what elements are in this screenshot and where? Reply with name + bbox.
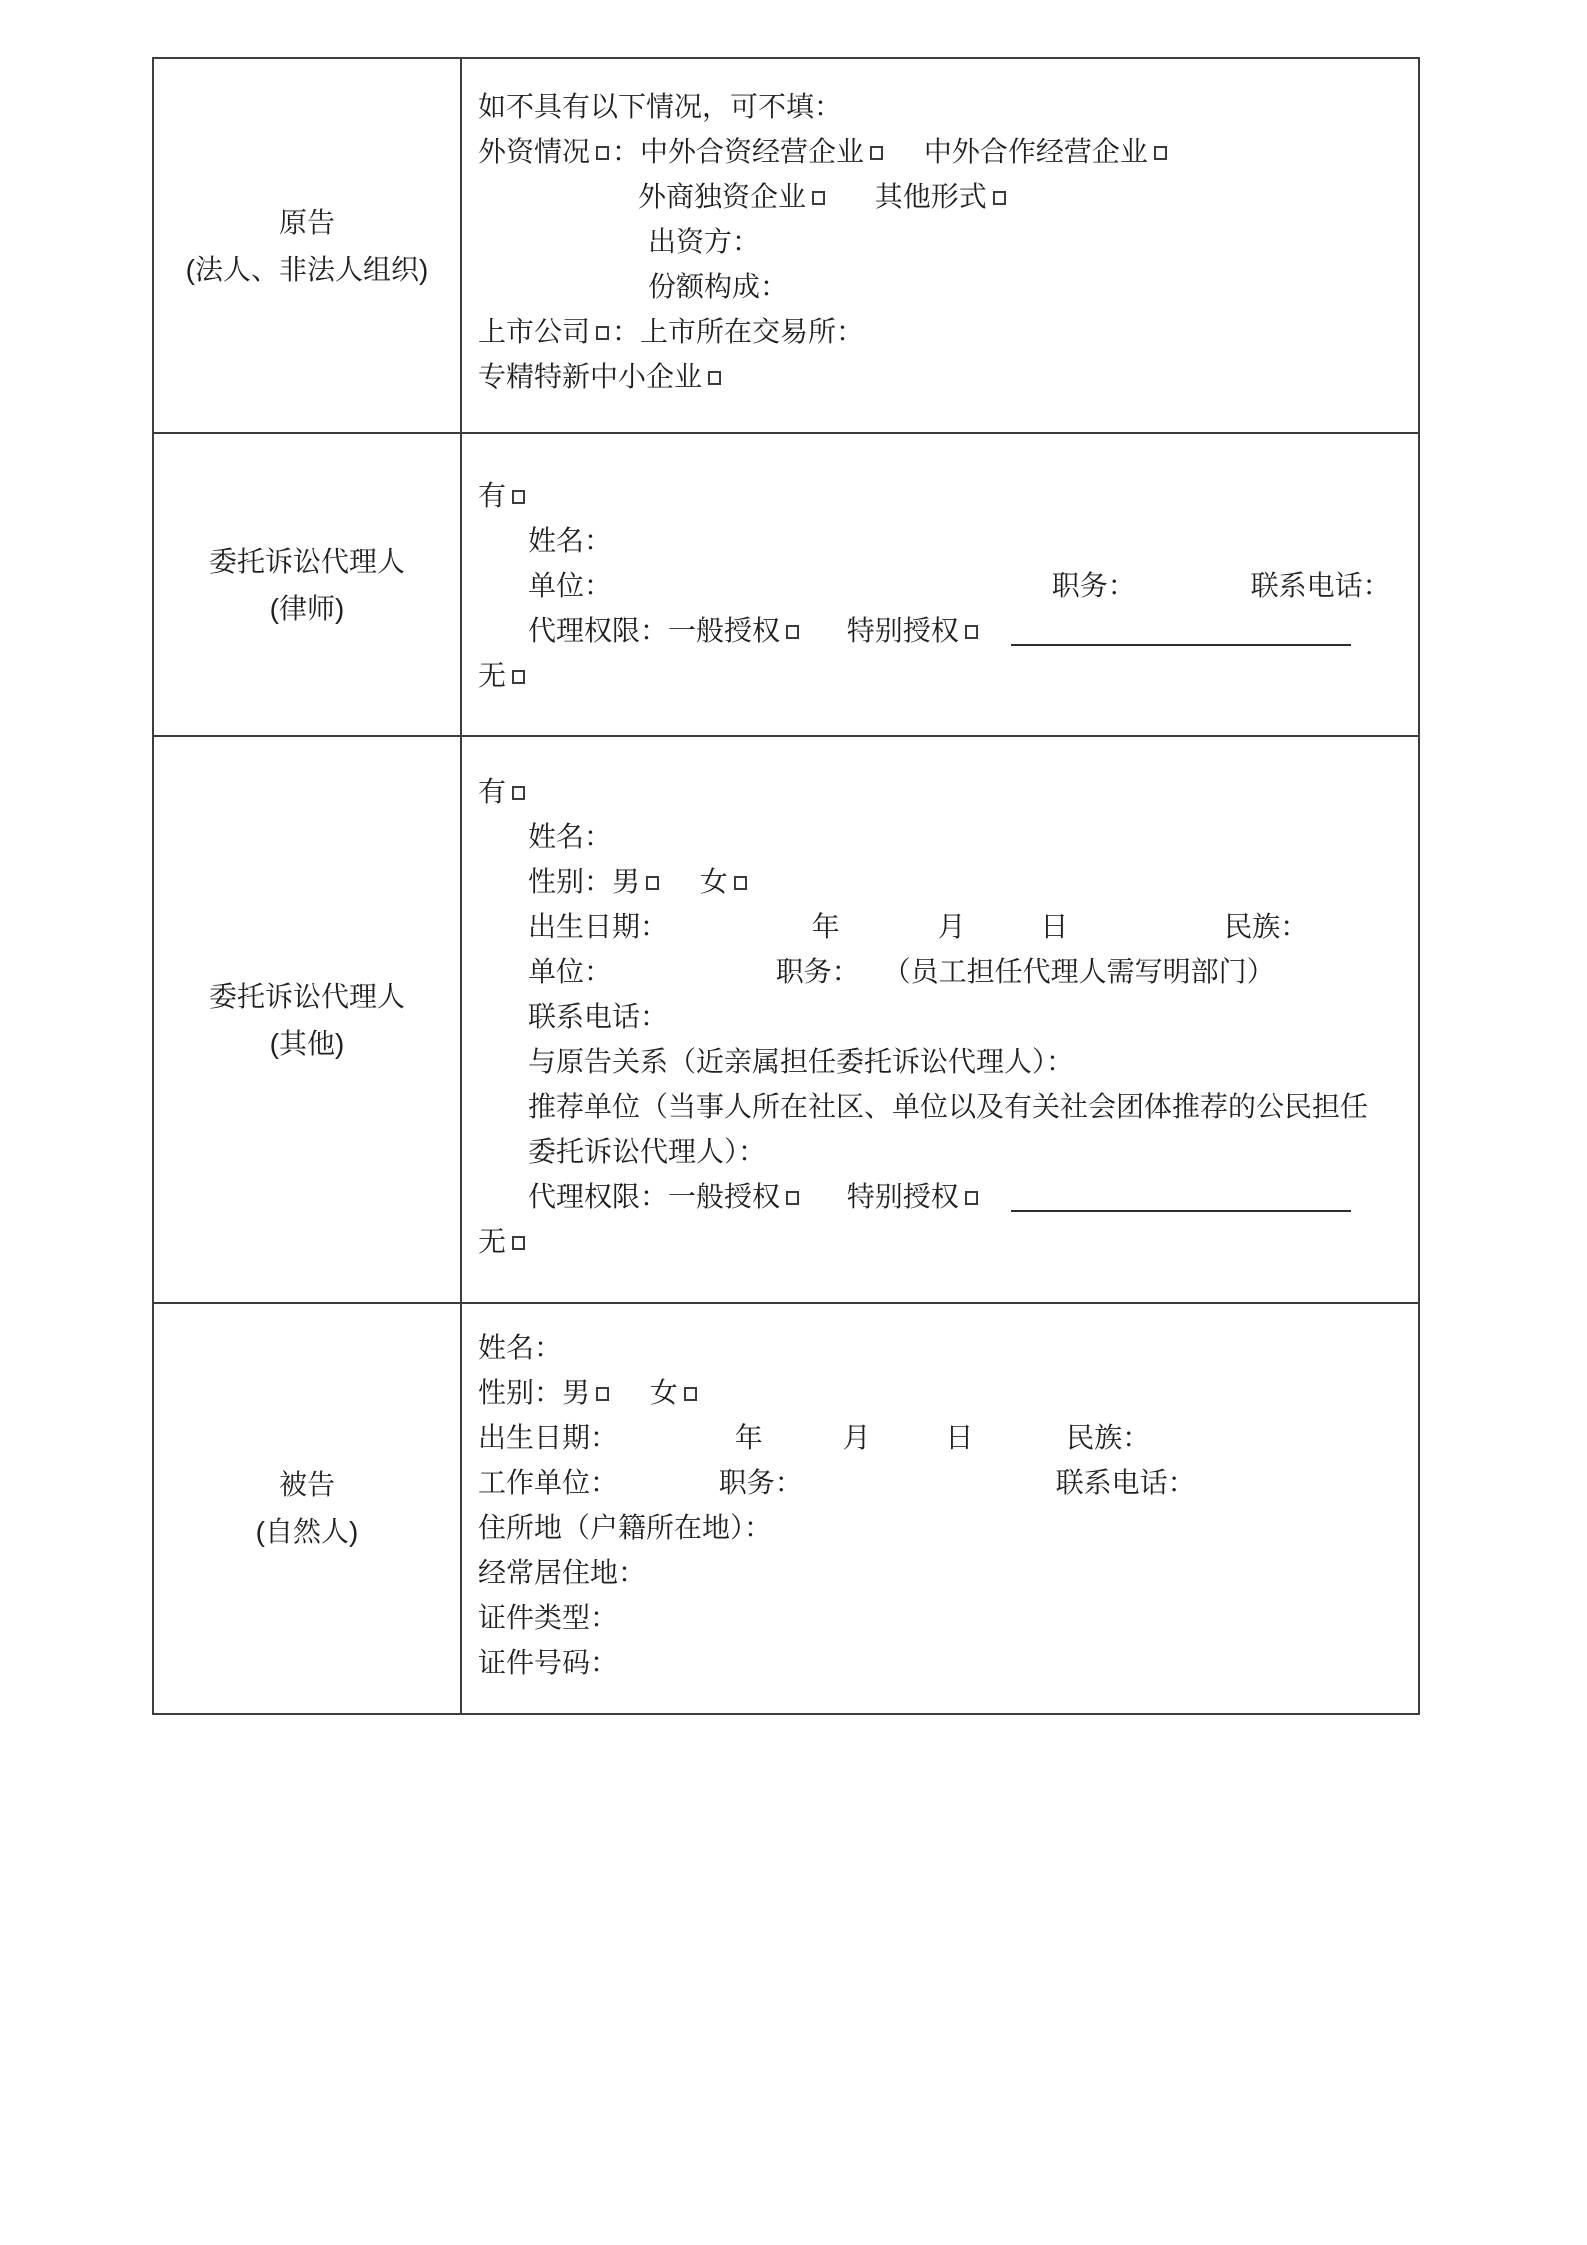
unit-month: 月 (938, 904, 966, 949)
checkbox-icon[interactable] (734, 876, 747, 890)
checkbox-icon[interactable] (512, 786, 525, 800)
unit-month: 月 (843, 1415, 871, 1460)
field-name: 姓名： (528, 518, 612, 563)
field-name: 姓名： (528, 814, 612, 859)
unit-year: 年 (735, 1415, 763, 1460)
option-has-agent: 有 (478, 769, 528, 814)
row-defendant-person: 被告 (自然人) 姓名： 性别：男 女 出生日期： 年 月 日 民族： 工作单位… (154, 1302, 1418, 1713)
label-agent-other-type: (其他) (270, 1020, 345, 1067)
party-information-table: 原告 (法人、非法人组织) 如不具有以下情况，可不填： 外资情况：中外合资经营企… (152, 57, 1420, 1715)
field-phone: 联系电话： (528, 994, 668, 1039)
label-plaintiff-type: (法人、非法人组织) (186, 246, 429, 293)
checkbox-icon[interactable] (708, 371, 721, 385)
checkbox-icon[interactable] (596, 146, 609, 160)
agent-other-fields: 有 姓名： 性别：男 女 出生日期： 年 月 日 民族： 单位： 职务： （员工… (462, 737, 1418, 1302)
label-defendant: 被告 (279, 1461, 335, 1508)
agent-lawyer-fields: 有 姓名： 单位： 职务： 联系电话： 代理权限：一般授权 特别授权 无 (462, 434, 1418, 735)
field-id-type: 证件类型： (478, 1595, 618, 1640)
unit-day: 日 (945, 1415, 973, 1460)
checkbox-icon[interactable] (512, 1236, 525, 1250)
field-recommending-unit-wrap: 委托诉讼代理人）： (528, 1129, 766, 1174)
checkbox-icon[interactable] (512, 490, 525, 504)
field-birth-date: 出生日期： (528, 904, 668, 949)
label-agent: 委托诉讼代理人 (209, 973, 405, 1020)
option-no-agent: 无 (478, 1219, 528, 1264)
defendant-person-fields: 姓名： 性别：男 女 出生日期： 年 月 日 民族： 工作单位： 职务： 联系电… (462, 1304, 1418, 1713)
field-relation-to-plaintiff: 与原告关系（近亲属担任委托诉讼代理人）： (528, 1039, 1074, 1084)
row-label-defendant-person: 被告 (自然人) (154, 1304, 462, 1713)
field-position: 职务： (776, 949, 860, 994)
field-srdi-sme: 专精特新中小企业 (478, 354, 724, 399)
field-birth-date: 出生日期： (478, 1415, 618, 1460)
row-agent-other: 委托诉讼代理人 (其他) 有 姓名： 性别：男 女 出生日期： 年 月 日 民族… (154, 735, 1418, 1302)
fill-in-blank-line[interactable] (1011, 1180, 1351, 1212)
row-agent-lawyer: 委托诉讼代理人 (律师) 有 姓名： 单位： 职务： 联系电话： 代理权限：一般… (154, 432, 1418, 735)
checkbox-icon[interactable] (684, 1387, 697, 1401)
option-gender-female: 女 (700, 859, 750, 904)
field-investor: 出资方： (648, 219, 760, 264)
option-special-authorization: 特别授权 (847, 608, 981, 653)
option-special-authorization: 特别授权 (847, 1174, 981, 1219)
field-residence: 住所地（户籍所在地）： (478, 1505, 772, 1550)
field-recommending-unit: 推荐单位（当事人所在社区、单位以及有关社会团体推荐的公民担任 (528, 1084, 1368, 1129)
label-agent: 委托诉讼代理人 (209, 538, 405, 585)
field-id-number: 证件号码： (478, 1640, 618, 1685)
field-gender-male: 性别：男 (528, 859, 662, 904)
checkbox-icon[interactable] (1154, 146, 1167, 160)
option-has-agent: 有 (478, 473, 528, 518)
checkbox-icon[interactable] (646, 876, 659, 890)
checkbox-icon[interactable] (870, 146, 883, 160)
checkbox-icon[interactable] (786, 625, 799, 639)
checkbox-icon[interactable] (786, 1191, 799, 1205)
label-plaintiff: 原告 (279, 199, 335, 246)
field-authority-general: 代理权限：一般授权 (528, 1174, 802, 1219)
field-gender-male: 性别：男 (478, 1370, 612, 1415)
option-sino-foreign-cooperative: 中外合作经营企业 (924, 129, 1170, 174)
field-phone: 联系电话： (1251, 563, 1391, 608)
checkbox-icon[interactable] (596, 326, 609, 340)
row-label-agent-other: 委托诉讼代理人 (其他) (154, 737, 462, 1302)
label-agent-lawyer-type: (律师) (270, 585, 345, 632)
field-phone: 联系电话： (1056, 1460, 1196, 1505)
note-position-department: （员工担任代理人需写明部门） (883, 949, 1275, 994)
unit-year: 年 (812, 904, 840, 949)
field-unit: 单位： (528, 949, 612, 994)
field-position: 职务： (1052, 563, 1136, 608)
field-position: 职务： (719, 1460, 803, 1505)
checkbox-icon[interactable] (596, 1387, 609, 1401)
option-wholly-foreign-owned: 外商独资企业 (638, 174, 828, 219)
checkbox-icon[interactable] (993, 191, 1006, 205)
field-authority-general: 代理权限：一般授权 (528, 608, 802, 653)
label-defendant-type: (自然人) (256, 1508, 359, 1555)
row-label-agent-lawyer: 委托诉讼代理人 (律师) (154, 434, 462, 735)
option-no-agent: 无 (478, 653, 528, 698)
row-label-plaintiff-organization: 原告 (法人、非法人组织) (154, 59, 462, 432)
plaintiff-organization-fields: 如不具有以下情况，可不填： 外资情况：中外合资经营企业 中外合作经营企业 外商独… (462, 59, 1418, 432)
field-foreign-investment: 外资情况：中外合资经营企业 (478, 129, 886, 174)
checkbox-icon[interactable] (965, 1191, 978, 1205)
field-name: 姓名： (478, 1325, 562, 1370)
note-optional-section: 如不具有以下情况，可不填： (478, 84, 842, 129)
option-gender-female: 女 (650, 1370, 700, 1415)
option-other-form: 其他形式 (875, 174, 1009, 219)
row-plaintiff-organization: 原告 (法人、非法人组织) 如不具有以下情况，可不填： 外资情况：中外合资经营企… (154, 59, 1418, 432)
checkbox-icon[interactable] (512, 670, 525, 684)
checkbox-icon[interactable] (812, 191, 825, 205)
checkbox-icon[interactable] (965, 625, 978, 639)
field-habitual-residence: 经常居住地： (478, 1550, 646, 1595)
field-ethnicity: 民族： (1224, 904, 1308, 949)
field-listed-company: 上市公司：上市所在交易所： (478, 309, 864, 354)
field-share-structure: 份额构成： (648, 264, 788, 309)
field-ethnicity: 民族： (1066, 1415, 1150, 1460)
field-work-unit: 工作单位： (478, 1460, 618, 1505)
field-unit: 单位： (528, 563, 612, 608)
unit-day: 日 (1040, 904, 1068, 949)
fill-in-blank-line[interactable] (1011, 614, 1351, 646)
